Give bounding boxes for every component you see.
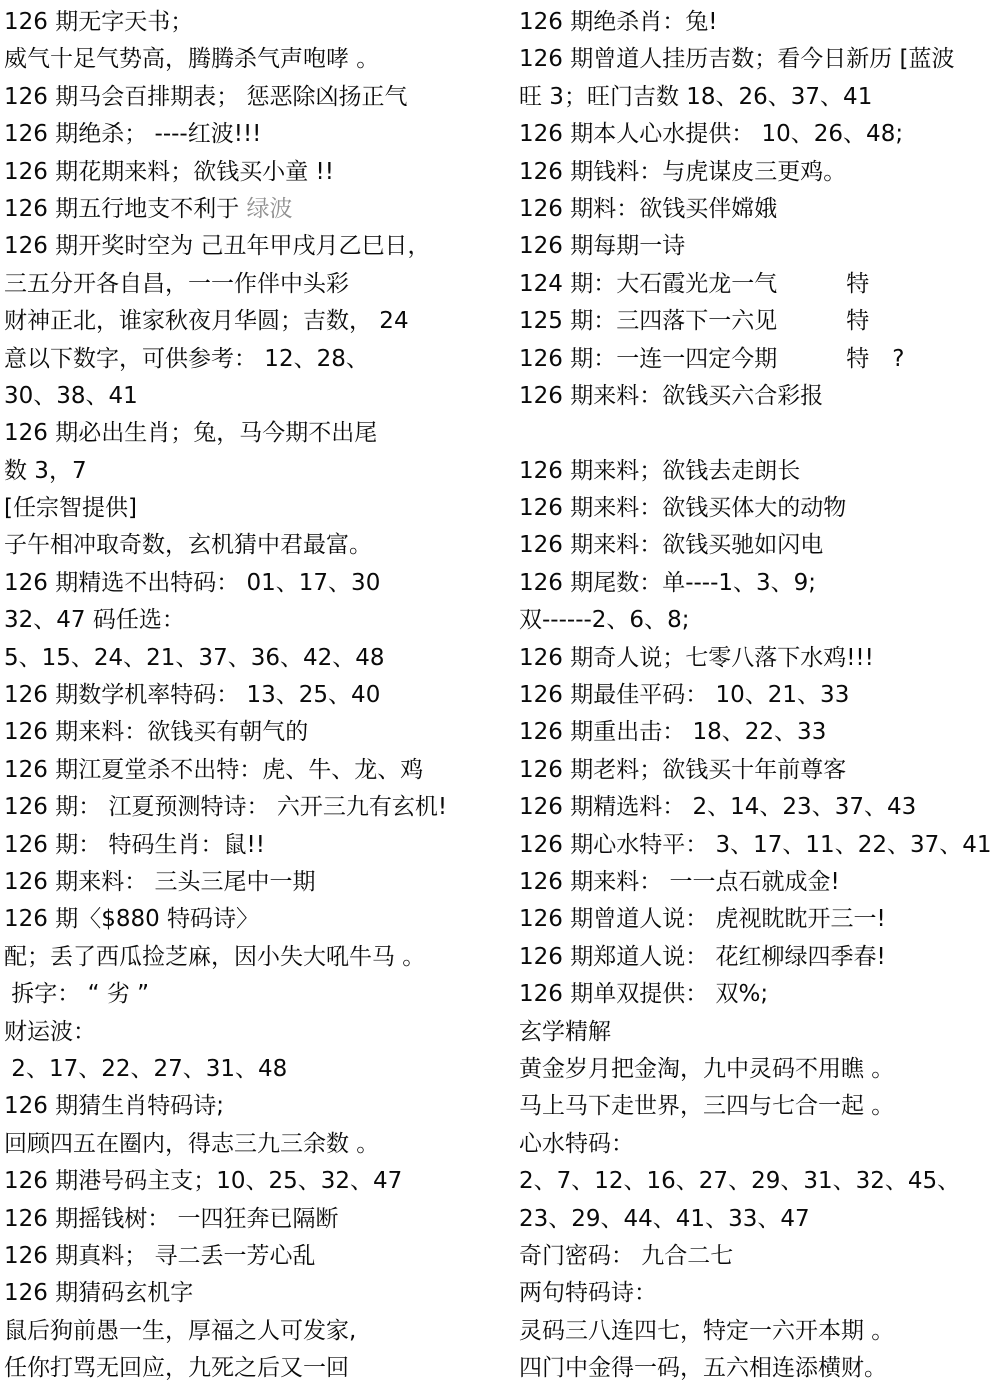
- text-line: 126 期每期一诗: [519, 228, 992, 265]
- text-line: 2、17、22、27、31、48: [4, 1051, 509, 1088]
- text-line: 126 期猜生肖特码诗;: [4, 1088, 509, 1125]
- text-line: 玄学精解: [519, 1014, 992, 1051]
- text-line: 126 期： 特码生肖：鼠!!: [4, 827, 509, 864]
- text-line: 意以下数字，可供参考： 12、28、: [4, 341, 509, 378]
- text-line: 心水特码：: [519, 1126, 992, 1163]
- text-line: 126 期老料；欲钱买十年前尊客: [519, 752, 992, 789]
- text-line: 126 期来料： 一一点石就成金!: [519, 864, 992, 901]
- right-column: 126 期绝杀肖：兔! 126 期曾道人挂历吉数；看今日新历 [蓝波 旺 3；旺…: [519, 4, 992, 1387]
- text-line: 126 期曾道人挂历吉数；看今日新历 [蓝波: [519, 41, 992, 78]
- text-line: 126 期奇人说；七零八落下水鸡!!!: [519, 640, 992, 677]
- text-line: 126 期来料： 三头三尾中一期: [4, 864, 509, 901]
- text-line: 126 期五行地支不利于 绿波: [4, 191, 509, 228]
- text-line: 124 期：大石霞光龙一气 特: [519, 266, 992, 303]
- text-line: 126 期本人心水提供： 10、26、48;: [519, 116, 992, 153]
- text-line: 任你打骂无回应，九死之后又一回: [4, 1350, 509, 1387]
- text-line: 126 期必出生肖；兔，马今期不出尾: [4, 415, 509, 452]
- text-line: 126 期来料：欲钱买六合彩报: [519, 378, 992, 415]
- left-column: 126 期无字天书； 威气十足气势高，腾腾杀气声咆哮 。 126 期马会百排期表…: [4, 4, 509, 1387]
- text-line: 126 期精选料： 2、14、23、37、43: [519, 789, 992, 826]
- text-line: 5、15、24、21、37、36、42、48: [4, 640, 509, 677]
- text-line: 2、7、12、16、27、29、31、32、45、: [519, 1163, 992, 1200]
- text-line: 126 期精选不出特码： 01、17、30: [4, 565, 509, 602]
- text-line: 马上马下走世界，三四与七合一起 。: [519, 1088, 992, 1125]
- text-line: 126 期心水特平： 3、17、11、22、37、41。: [519, 827, 992, 864]
- text-line: 23、29、44、41、33、47: [519, 1201, 992, 1238]
- text-line: 126 期〈$880 特码诗〉: [4, 901, 509, 938]
- text-line: 两句特码诗：: [519, 1275, 992, 1312]
- text-line: 126 期最佳平码： 10、21、33: [519, 677, 992, 714]
- text-line: 126 期曾道人说： 虎视眈眈开三一!: [519, 901, 992, 938]
- text-line: 126 期绝杀； ----红波!!!: [4, 116, 509, 153]
- text-line: 黄金岁月把金淘，九中灵码不用瞧 。: [519, 1051, 992, 1088]
- text-line: 奇门密码： 九合二七: [519, 1238, 992, 1275]
- text-line: 126 期来料；欲钱去走朗长: [519, 453, 992, 490]
- text-line: 126 期来料：欲钱买体大的动物: [519, 490, 992, 527]
- text-line: 鼠后狗前愚一生，厚福之人可发家,: [4, 1313, 509, 1350]
- text-line: 126 期马会百排期表； 惩恶除凶扬正气: [4, 79, 509, 116]
- text-line: 126 期郑道人说： 花红柳绿四季春!: [519, 939, 992, 976]
- text-line: 126 期花期来料；欲钱买小童 !!: [4, 154, 509, 191]
- line-text: 126 期五行地支不利于: [4, 196, 247, 222]
- text-line: 30、38、41: [4, 378, 509, 415]
- text-line: 126 期摇钱树： 一四狂奔已隔断: [4, 1201, 509, 1238]
- text-line: 126 期：一连一四定今期 特 ?: [519, 341, 992, 378]
- text-line: 配；丢了西瓜捡芝麻，因小失大吼牛马 。: [4, 939, 509, 976]
- lottery-tips-sheet: 126 期无字天书； 威气十足气势高，腾腾杀气声咆哮 。 126 期马会百排期表…: [0, 0, 992, 1388]
- text-line: 拆字： “ 劣 ”: [4, 976, 509, 1013]
- blank-line: [519, 415, 992, 452]
- text-line: 子午相冲取奇数，玄机猜中君最富。: [4, 527, 509, 564]
- text-line: 126 期数学机率特码： 13、25、40: [4, 677, 509, 714]
- text-line: 126 期来料：欲钱买驰如闪电: [519, 527, 992, 564]
- text-line: 126 期开奖时空为 己丑年甲戌月乙巳日，: [4, 228, 509, 265]
- text-line: 三五分开各自昌，一一作伴中头彩: [4, 266, 509, 303]
- text-line: 126 期江夏堂杀不出特：虎、牛、龙、鸡: [4, 752, 509, 789]
- text-line: 126 期： 江夏预测特诗： 六开三九有玄机!: [4, 789, 509, 826]
- text-line: 财神正北，谁家秋夜月华圆；吉数， 24: [4, 303, 509, 340]
- text-line: 威气十足气势高，腾腾杀气声咆哮 。: [4, 41, 509, 78]
- text-line: 灵码三八连四七，特定一六开本期 。: [519, 1313, 992, 1350]
- text-line: 126 期钱料：与虎谋皮三更鸡。: [519, 154, 992, 191]
- text-line: 32、47 码任选：: [4, 602, 509, 639]
- text-line: 数 3，7: [4, 453, 509, 490]
- text-line: 回顾四五在圈内，得志三九三余数 。: [4, 1126, 509, 1163]
- text-line: 双------2、6、8;: [519, 602, 992, 639]
- green-wave-text: 绿波: [247, 196, 293, 222]
- text-line: 126 期尾数：单----1、3、9;: [519, 565, 992, 602]
- text-line: 126 期真料； 寻二丢一芳心乱: [4, 1238, 509, 1275]
- text-line: 126 期重出击： 18、22、33: [519, 714, 992, 751]
- text-line: 126 期绝杀肖：兔!: [519, 4, 992, 41]
- text-line: 126 期单双提供： 双%;: [519, 976, 992, 1013]
- text-line: 旺 3；旺门吉数 18、26、37、41: [519, 79, 992, 116]
- text-line: [任宗智提供]: [4, 490, 509, 527]
- text-line: 125 期：三四落下一六见 特: [519, 303, 992, 340]
- text-line: 四门中金得一码，五六相连添横财。: [519, 1350, 992, 1387]
- text-line: 126 期猜码玄机字: [4, 1275, 509, 1312]
- text-line: 126 期港号码主支；10、25、32、47: [4, 1163, 509, 1200]
- text-line: 126 期料：欲钱买伴嫦娥: [519, 191, 992, 228]
- text-line: 126 期无字天书；: [4, 4, 509, 41]
- text-line: 126 期来料：欲钱买有朝气的: [4, 714, 509, 751]
- text-line: 财运波：: [4, 1014, 509, 1051]
